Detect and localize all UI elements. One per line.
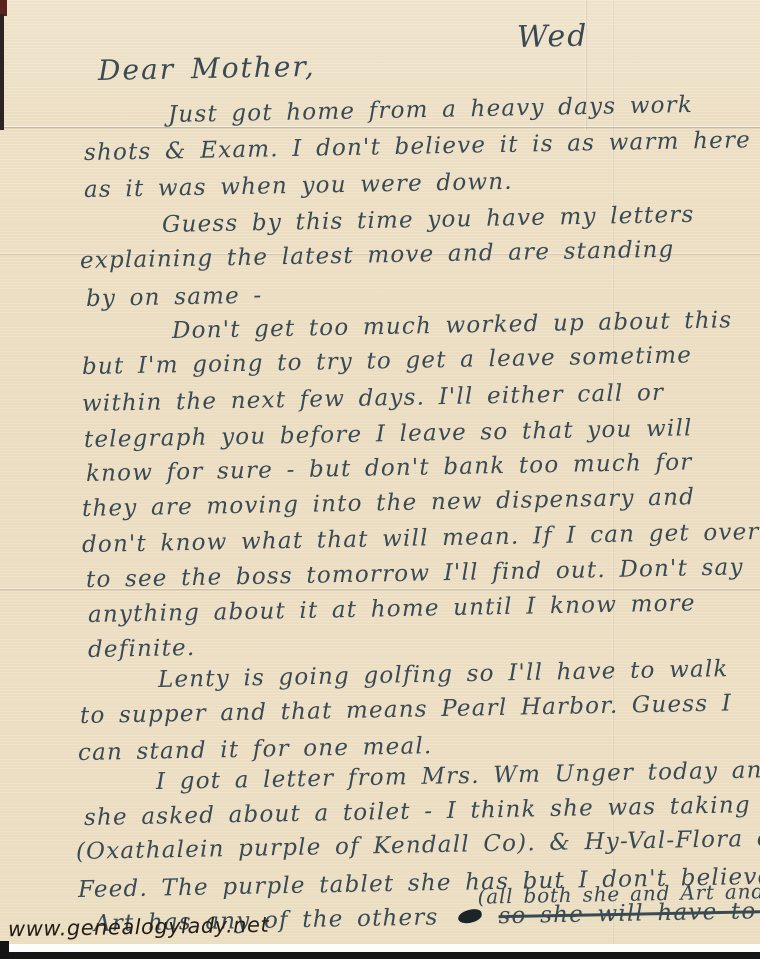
- ink-blot: [457, 907, 483, 924]
- watermark: www.genealogylady.net: [8, 913, 270, 942]
- handwritten-line: by on same -: [86, 283, 263, 312]
- scan-edge-artifact: [0, 941, 9, 959]
- scan-edge-artifact: [0, 14, 4, 130]
- scan-edge-artifact: [0, 952, 760, 959]
- date-line: Wed: [517, 19, 589, 55]
- correction: (all both she and Art and so she will ha…: [452, 896, 760, 930]
- scan-edge-artifact: [0, 944, 760, 952]
- scanned-letter-page: Wed Dear Mother, Just got home from a he…: [0, 0, 760, 959]
- salutation: Dear Mother,: [98, 50, 316, 87]
- handwritten-line: definite.: [88, 635, 196, 663]
